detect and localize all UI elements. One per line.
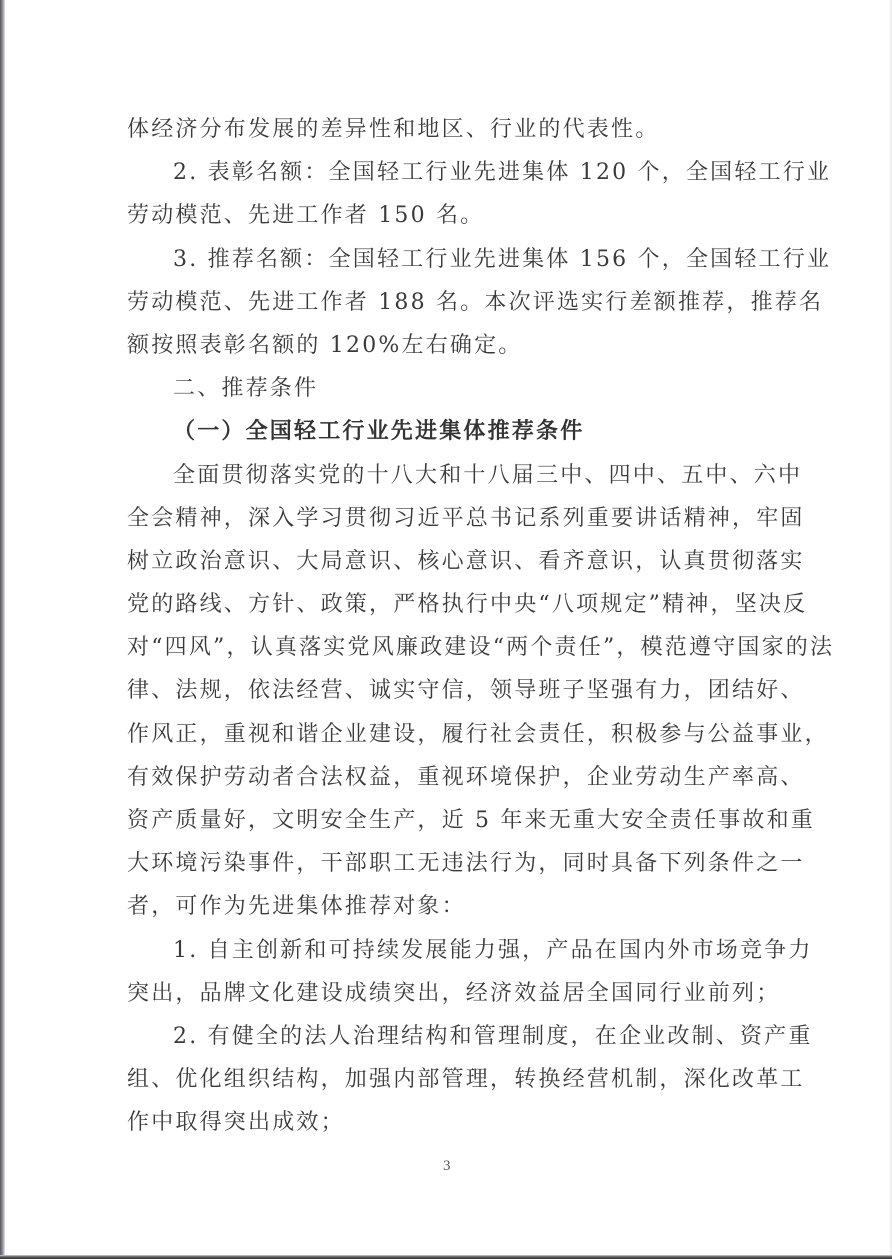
body-line: 组、优化组织结构，加强内部管理，转换经营机制，深化改革工 — [127, 1058, 795, 1101]
section-heading: 二、推荐条件 — [127, 367, 795, 410]
body-line: 律、法规，依法经营、诚实守信，领导班子坚强有力，团结好、 — [127, 669, 795, 712]
body-line: 资产质量好，文明安全生产，近 5 年来无重大安全责任事故和重 — [127, 799, 795, 842]
body-line: 有效保护劳动者合法权益，重视环境保护，企业劳动生产率高、 — [127, 756, 795, 799]
body-line: 作中取得突出成效； — [127, 1101, 795, 1144]
body-line: 突出，品牌文化建设成绩突出，经济效益居全国同行业前列； — [127, 972, 795, 1015]
body-line: 劳动模范、先进工作者 150 名。 — [127, 194, 795, 237]
list-item-line: 1. 自主创新和可持续发展能力强，产品在国内外市场竞争力 — [127, 929, 795, 972]
body-line: 党的路线、方针、政策，严格执行中央“八项规定”精神，坚决反 — [127, 583, 795, 626]
list-item-line: 2. 有健全的法人治理结构和管理制度，在企业改制、资产重 — [127, 1015, 795, 1058]
body-line: 全会精神，深入学习贯彻习近平总书记系列重要讲话精神，牢固 — [127, 497, 795, 540]
document-page: 体经济分布发展的差异性和地区、行业的代表性。 2. 表彰名额：全国轻工行业先进集… — [127, 108, 795, 1145]
body-line: 树立政治意识、大局意识、核心意识、看齐意识，认真贯彻落实 — [127, 540, 795, 583]
body-line: 额按照表彰名额的 120%左右确定。 — [127, 324, 795, 367]
body-line: 作风正，重视和谐企业建设，履行社会责任，积极参与公益事业， — [127, 713, 795, 756]
page-number: 3 — [443, 1158, 451, 1175]
body-line: 劳动模范、先进工作者 188 名。本次评选实行差额推荐，推荐名 — [127, 281, 795, 324]
body-line: 对“四风”，认真落实党风廉政建设“两个责任”，模范遵守国家的法 — [127, 626, 795, 669]
paragraph-start-line: 全面贯彻落实党的十八大和十八届三中、四中、五中、六中 — [127, 454, 795, 497]
scan-edge-bottom — [0, 1255, 892, 1259]
list-item-line: 3. 推荐名额：全国轻工行业先进集体 156 个，全国轻工行业 — [127, 238, 795, 281]
subsection-heading: （一）全国轻工行业先进集体推荐条件 — [127, 410, 795, 453]
list-item-line: 2. 表彰名额：全国轻工行业先进集体 120 个，全国轻工行业 — [127, 151, 795, 194]
scan-edge-left — [0, 0, 5, 1259]
body-line: 大环境污染事件，干部职工无违法行为，同时具备下列条件之一 — [127, 842, 795, 885]
body-line: 体经济分布发展的差异性和地区、行业的代表性。 — [127, 108, 795, 151]
body-line: 者，可作为先进集体推荐对象： — [127, 885, 795, 928]
